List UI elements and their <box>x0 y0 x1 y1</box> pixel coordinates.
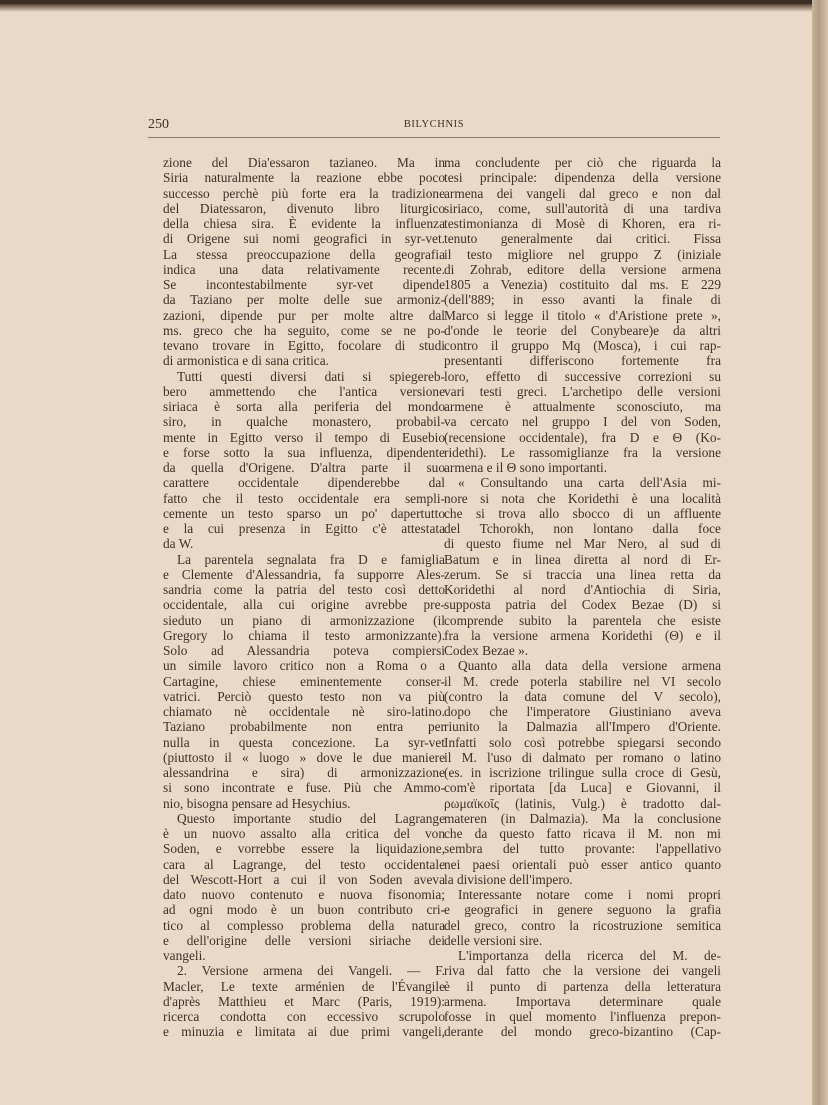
text-line: 1805 a Venezia) costituito dal ms. E 229 <box>444 277 721 292</box>
text-line: va cercato nel gruppo I del von Soden, <box>444 414 721 429</box>
text-line: ridethi). Le rassomiglianze fra la versi… <box>444 445 721 460</box>
text-line: di Zohrab, editore della versione armena <box>444 262 721 277</box>
text-line: Solo ad Alessandria poteva compiersi <box>163 643 445 658</box>
text-line: Codex Bezae ». <box>444 643 721 658</box>
text-line: il M. l'uso di dalmato per romano o lati… <box>444 750 721 765</box>
text-line: siriaco, come, sull'autorità di una tard… <box>444 201 721 216</box>
text-line: e la cui presenza in Egitto c'è attestat… <box>163 521 445 536</box>
text-line: (dell'889; in esso avanti la finale di <box>444 292 721 307</box>
text-line: Interessante notare come i nomi propri <box>444 887 721 902</box>
text-line: ricerca condotta con eccessivo scrupolo <box>163 1009 445 1024</box>
text-line: delle versioni sire. <box>444 933 721 948</box>
text-line: armene è attualmente sconosciuto, ma <box>444 399 721 414</box>
text-line: riunito la Dalmazia all'Impero d'Oriente… <box>444 719 721 734</box>
text-line: la divisione dell'impero. <box>444 872 721 887</box>
text-line: da quella d'Origene. D'altra parte il su… <box>163 460 445 475</box>
text-line: il testo migliore nel gruppo Z (iniziale <box>444 247 721 262</box>
page-top-shadow <box>0 4 812 12</box>
right-column: ma concludente per ciò che riguarda late… <box>444 155 721 1040</box>
text-line: vatrici. Perciò questo testo non va più <box>163 689 445 704</box>
text-line: e dell'origine delle versioni siriache d… <box>163 933 445 948</box>
text-line: Quanto alla data della versione armena <box>444 658 721 673</box>
text-line: Batum e in linea diretta al nord di Er- <box>444 552 721 567</box>
text-line: La parentela segnalata fra D e famiglia <box>163 552 445 567</box>
text-line: (es. in iscrizione trilingue sulla croce… <box>444 765 721 780</box>
text-line: si sono incontrate e fuse. Più che Ammo- <box>163 780 445 795</box>
text-line: nei paesi orientali può esser antico qua… <box>444 857 721 872</box>
text-line: cara al Lagrange, del testo occidentale <box>163 857 445 872</box>
header-rule <box>148 137 720 138</box>
text-line: siro, in qualche monastero, probabil- <box>163 414 445 429</box>
text-line: vangeli. <box>163 948 445 963</box>
text-line: nulla in questa concezione. La syr-vet <box>163 735 445 750</box>
text-line: della chiesa sira. È evidente la influen… <box>163 216 445 231</box>
text-line: tico al complesso problema della natura <box>163 918 445 933</box>
text-line: del Tchorokh, non lontano dalla foce <box>444 521 721 536</box>
text-line: sieduto un piano di armonizzazione (il <box>163 613 445 628</box>
text-line: Macler, Le texte arménien de l'Évangile <box>163 979 445 994</box>
text-line: siriaca è sorta alla periferia del mondo <box>163 399 445 414</box>
text-line: e minuzia e limitata ai due primi vangel… <box>163 1024 445 1039</box>
text-line: fatto che il testo occidentale era sempl… <box>163 491 445 506</box>
text-line: da W. <box>163 536 445 551</box>
text-line: tesi principale: dipendenza della versio… <box>444 170 721 185</box>
text-line: L'importanza della ricerca del M. de- <box>444 948 721 963</box>
text-line: Taziano probabilmente non entra per <box>163 719 445 734</box>
text-line: La stessa preoccupazione della geografia <box>163 247 445 262</box>
text-line: testimonianza di Mosè di Khoren, era ri- <box>444 216 721 231</box>
text-line: bero ammettendo che l'antica versione <box>163 384 445 399</box>
text-line: « Consultando una carta dell'Asia mi- <box>444 475 721 490</box>
text-line: materen (in Dalmazia). Ma la conclusione <box>444 811 721 826</box>
text-line: che da questo fatto ricava il M. non mi <box>444 826 721 841</box>
text-line: del Diatessaron, divenuto libro liturgic… <box>163 201 445 216</box>
text-line: armena dei vangeli dal greco e non dal <box>444 186 721 201</box>
text-line: zione del Dia'essaron tazianeo. Ma in <box>163 155 445 170</box>
text-line: armena e il Θ sono importanti. <box>444 460 721 475</box>
text-line: indica una data relativamente recente. <box>163 262 445 277</box>
text-line: loro, effetto di successive correzioni s… <box>444 369 721 384</box>
text-line: riva dal fatto che la versione dei vange… <box>444 963 721 978</box>
running-head: BILYCHNIS <box>148 119 720 130</box>
text-line: Infatti solo così potrebbe spiegarsi sec… <box>444 735 721 750</box>
text-line: nore si nota che Koridethi è una localit… <box>444 491 721 506</box>
text-line: il M. crede poterla stabilire nel VI sec… <box>444 674 721 689</box>
page-header: 250 BILYCHNIS <box>148 117 720 137</box>
text-line: 2. Versione armena dei Vangeli. — F. <box>163 963 445 978</box>
text-line: un simile lavoro critico non a Roma o a <box>163 658 445 673</box>
text-line: Marco si legge il titolo « d'Aristione p… <box>444 308 721 323</box>
text-line: è il punto di partenza della letteratura <box>444 979 721 994</box>
text-line: ρωμαϊκοῖς (latinis, Vulg.) è tradotto da… <box>444 796 721 811</box>
left-column: zione del Dia'essaron tazianeo. Ma inSir… <box>163 155 445 1040</box>
text-line: (contro la data comune del V secolo), <box>444 689 721 704</box>
text-line: Questo importante studio del Lagrange <box>163 811 445 826</box>
text-line: e forse sotto la sua influenza, dipenden… <box>163 445 445 460</box>
text-line: di Origene sui nomi geografici in syr-ve… <box>163 231 445 246</box>
text-line: di armonistica e di sana critica. <box>163 353 445 368</box>
text-line: del greco, contro la ricostruzione semit… <box>444 918 721 933</box>
text-line: presentanti differiscono fortemente fra <box>444 353 721 368</box>
text-line: di questo fiume nel Mar Nero, al sud di <box>444 536 721 551</box>
text-line: chiamato nè occidentale nè siro-latino. <box>163 704 445 719</box>
text-line: Soden, e vorrebbe essere la liquidazione… <box>163 841 445 856</box>
text-line: Tutti questi diversi dati si spiegereb- <box>163 369 445 384</box>
text-line: zazioni, dipende pur per molte altre dal <box>163 308 445 323</box>
text-line: Siria naturalmente la reazione ebbe poco <box>163 170 445 185</box>
text-line: (recensione occidentale), fra D e Θ (Ko- <box>444 430 721 445</box>
text-line: dato nuovo contenuto e nuova fisonomia; <box>163 887 445 902</box>
text-line: contro il gruppo Mq (Mosca), i cui rap- <box>444 338 721 353</box>
text-line: ad ogni modo è un buon contributo cri- <box>163 902 445 917</box>
text-line: tenuto generalmente dai critici. Fissa <box>444 231 721 246</box>
text-line: comprende subito la parentela che esiste <box>444 613 721 628</box>
text-line: tevano trovare in Egitto, focolare di st… <box>163 338 445 353</box>
text-line: com'è riportata [da Luca] e Giovanni, il <box>444 780 721 795</box>
text-line: derante del mondo greco-bizantino (Cap- <box>444 1024 721 1039</box>
text-line: alessandrina e sira) di armonizzazione <box>163 765 445 780</box>
text-line: armena. Importava determinare quale <box>444 994 721 1009</box>
text-line: vari testi greci. L'archetipo delle vers… <box>444 384 721 399</box>
text-line: (piuttosto il « luogo » dove le due mani… <box>163 750 445 765</box>
text-line: d'après Matthieu et Marc (Paris, 1919): <box>163 994 445 1009</box>
text-line: supposta patria del Codex Bezae (D) si <box>444 597 721 612</box>
text-line: zerum. Se si traccia una linea retta da <box>444 567 721 582</box>
text-line: e Clemente d'Alessandria, fa supporre Al… <box>163 567 445 582</box>
text-line: Se incontestabilmente syr-vet dipende <box>163 277 445 292</box>
text-line: dopo che l'imperatore Giustiniano aveva <box>444 704 721 719</box>
text-line: nio, bisogna pensare ad Hesychius. <box>163 796 445 811</box>
page-edge <box>812 0 828 1105</box>
text-line: Cartagine, chiese eminentemente conser- <box>163 674 445 689</box>
text-line: sembra del tutto provante: l'appellativo <box>444 841 721 856</box>
text-line: fra la versione armena Koridethi (Θ) e i… <box>444 628 721 643</box>
text-line: Gregory lo chiama il testo armonizzante)… <box>163 628 445 643</box>
text-line: cemente un testo sparso un po' dapertutt… <box>163 506 445 521</box>
text-line: Koridethi al nord d'Antiochia di Siria, <box>444 582 721 597</box>
text-line: fosse in quel momento l'influenza prepon… <box>444 1009 721 1024</box>
text-line: carattere occidentale dipenderebbe dal <box>163 475 445 490</box>
text-line: da Taziano per molte delle sue armoniz- <box>163 292 445 307</box>
book-page: 250 BILYCHNIS zione del Dia'essaron tazi… <box>0 4 812 1105</box>
text-line: è un nuovo assalto alla critica del von <box>163 826 445 841</box>
text-line: sandria come la patria del testo così de… <box>163 582 445 597</box>
text-line: e geografici in genere seguono la grafia <box>444 902 721 917</box>
text-line: mente in Egitto verso il tempo di Eusebi… <box>163 430 445 445</box>
text-line: successo perchè più forte era la tradizi… <box>163 186 445 201</box>
text-line: che si trova allo sbocco di un affluente <box>444 506 721 521</box>
text-line: occidentale, alla cui origine avrebbe pr… <box>163 597 445 612</box>
text-line: del Wescott-Hort a cui il von Soden avev… <box>163 872 445 887</box>
text-line: d'onde le teorie del Conybeare)e da altr… <box>444 323 721 338</box>
text-line: ma concludente per ciò che riguarda la <box>444 155 721 170</box>
text-line: ms. greco che ha seguito, come se ne po- <box>163 323 445 338</box>
